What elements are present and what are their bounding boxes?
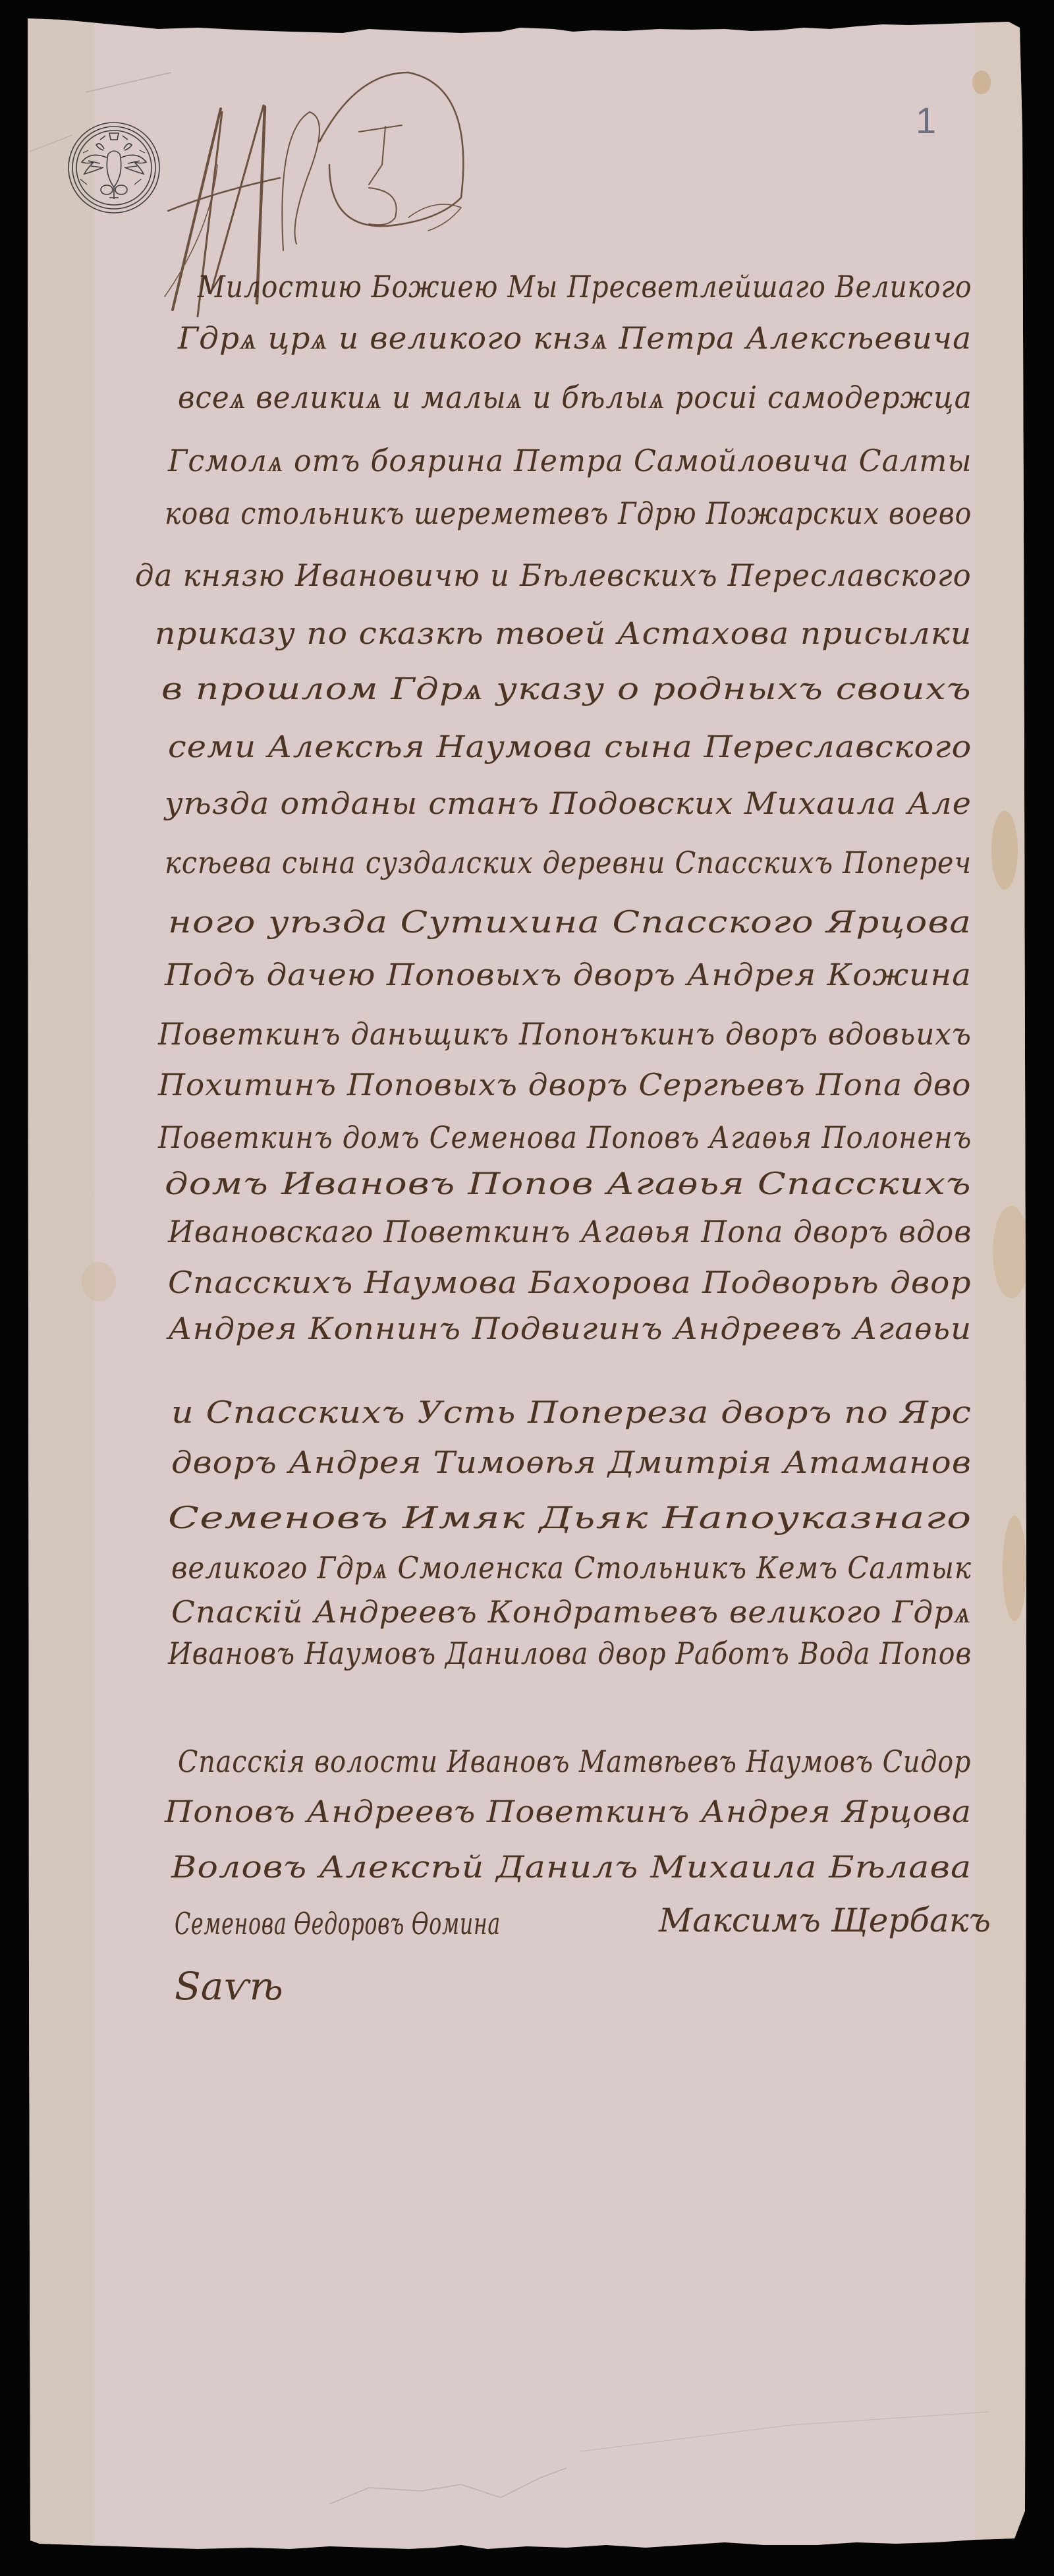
manuscript-line: Андрея Копнинъ Подвигинъ Андреевъ Агаѳьи	[168, 1313, 972, 1344]
manuscript-line: Спасскихъ Наумова Бахорова Подворьѣ двор	[168, 1267, 972, 1298]
manuscript-line: Спаскій Андреевъ Кондратьевъ великого Гд…	[171, 1597, 972, 1627]
manuscript-line: Поветкинъ даньщикъ Попонъкинъ дворъ вдов…	[158, 1019, 972, 1049]
manuscript-line: Гдрѧ црѧ и великого кнзѧ Петра Алексѣеви…	[178, 323, 972, 353]
manuscript-line: великого Гдрѧ Смоленска Стольникъ Кемъ С…	[171, 1553, 972, 1583]
manuscript-line: кова стольникъ шереметевъ Гдрю Пожарских…	[165, 498, 972, 529]
manuscript-line: ксѣева сына суздалских деревни Спасскихъ…	[165, 847, 972, 878]
manuscript-line: Спасскія волости Ивановъ Матвѣевъ Наумов…	[178, 1746, 971, 1777]
manuscript-line: Ивановскаго Поветкинъ Агаѳья Попа дворъ …	[168, 1216, 972, 1247]
manuscript-line: Ивановъ Наумовъ Данилова двор Работъ Вод…	[168, 1638, 972, 1669]
manuscript-line: дворъ Андрея Тимоѳѣя Дмитрія Атаманов	[171, 1447, 972, 1477]
manuscript-line: приказу по сказкѣ твоей Астахова присылк…	[155, 618, 972, 648]
manuscript-line: Гсмолѧ отъ боярина Петра Самойловича Сал…	[168, 445, 972, 476]
manuscript-line: домъ Ивановъ Попов Агаѳья Спасскихъ	[165, 1168, 972, 1199]
manuscript-line: Семенова Ѳедоровъ Ѳомина	[175, 1908, 501, 1939]
signature-left: Saѵѣ	[175, 1964, 283, 2009]
manuscript-line: семи Алексѣя Наумова сына Переславского	[168, 731, 972, 762]
manuscript-line: всеѧ великиѧ и малыѧ и бѣлыѧ росиі самод…	[178, 382, 972, 413]
manuscript-line: Подъ дачею Поповыхъ дворъ Андрея Кожина	[165, 959, 972, 990]
manuscript-line: Семеновъ Имяк Дьяк Напоуказнаго	[168, 1503, 972, 1533]
manuscript-line: Поповъ Андреевъ Поветкинъ Андрея Ярцова	[165, 1796, 972, 1827]
folio-number: 1	[916, 99, 936, 142]
manuscript-line: да князю Ивановичю и Бѣлевскихъ Переслав…	[135, 560, 972, 590]
signature-right: Максимъ Щербакъ	[659, 1901, 991, 1939]
manuscript-line: уѣзда отданы станъ Подовских Михаила Але	[165, 788, 972, 818]
manuscript-line: Похитинъ Поповыхъ дворъ Сергѣевъ Попа дв…	[158, 1070, 971, 1100]
manuscript-line: ного уѣзда Сутихина Спасского Ярцова	[168, 907, 972, 937]
manuscript-line: Воловъ Алексѣй Данилъ Михаила Бѣлава	[171, 1852, 972, 1882]
double-headed-eagle-stamp	[67, 121, 161, 214]
manuscript-line: и Спасскихъ Усть Попереза дворъ по Ярс	[171, 1397, 972, 1427]
manuscript-line: Милостию Божиею Мы Пресветлейшаго Велико…	[198, 272, 972, 302]
manuscript-line: в прошлом Гдрѧ указу о родныхъ своихъ	[161, 673, 972, 704]
manuscript-line: Поветкинъ домъ Семенова Поповъ Агаѳья По…	[158, 1122, 972, 1153]
